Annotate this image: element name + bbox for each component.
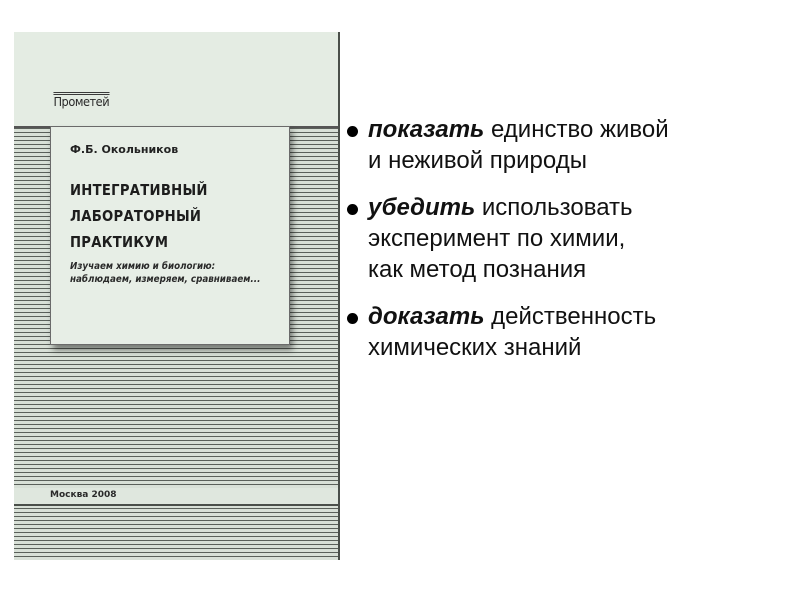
goal-verb: доказать	[368, 303, 484, 330]
subtitle-line: Изучаем химию и биологию:	[70, 260, 291, 273]
title-line: ПРАКТИКУМ	[70, 229, 299, 255]
cover-top-area: Прометей	[14, 32, 338, 126]
cover-city-band: Москва 2008	[14, 488, 338, 506]
subtitle-line: наблюдаем, измеряем, сравниваем...	[70, 273, 291, 286]
book-cover-image: Прометей Ф.Б. Окольников ИНТЕГРАТИВНЫЙ Л…	[14, 32, 340, 560]
goal-text: как метод познания	[368, 254, 794, 285]
title-line: ЛАБОРАТОРНЫЙ	[70, 203, 299, 229]
book-subtitle: Изучаем химию и биологию: наблюдаем, изм…	[70, 260, 291, 286]
publisher-logo: Прометей	[53, 92, 109, 108]
goal-verb: убедить	[368, 194, 475, 221]
goal-item: доказать действенность химических знаний	[344, 301, 794, 363]
goal-item: убедить использовать эксперимент по хими…	[344, 192, 794, 285]
goal-text: единство живой	[484, 116, 668, 143]
book-city-year: Москва 2008	[50, 490, 117, 500]
goal-text: химических знаний	[368, 332, 794, 363]
goal-text: использовать	[475, 194, 632, 221]
bullet-icon	[347, 313, 358, 324]
title-line: ИНТЕГРАТИВНЫЙ	[70, 177, 299, 203]
bullet-icon	[347, 204, 358, 215]
bullet-icon	[347, 126, 358, 137]
goal-text: и неживой природы	[368, 145, 794, 176]
goal-verb: показать	[368, 116, 484, 143]
goal-text: эксперимент по химии,	[368, 223, 794, 254]
goal-text: действенность	[484, 303, 656, 330]
book-title: ИНТЕГРАТИВНЫЙ ЛАБОРАТОРНЫЙ ПРАКТИКУМ	[70, 177, 299, 255]
book-author: Ф.Б. Окольников	[70, 143, 178, 156]
goals-list: показать единство живой и неживой природ…	[344, 114, 794, 379]
cover-title-label: Ф.Б. Окольников ИНТЕГРАТИВНЫЙ ЛАБОРАТОРН…	[50, 126, 290, 345]
goal-item: показать единство живой и неживой природ…	[344, 114, 794, 176]
